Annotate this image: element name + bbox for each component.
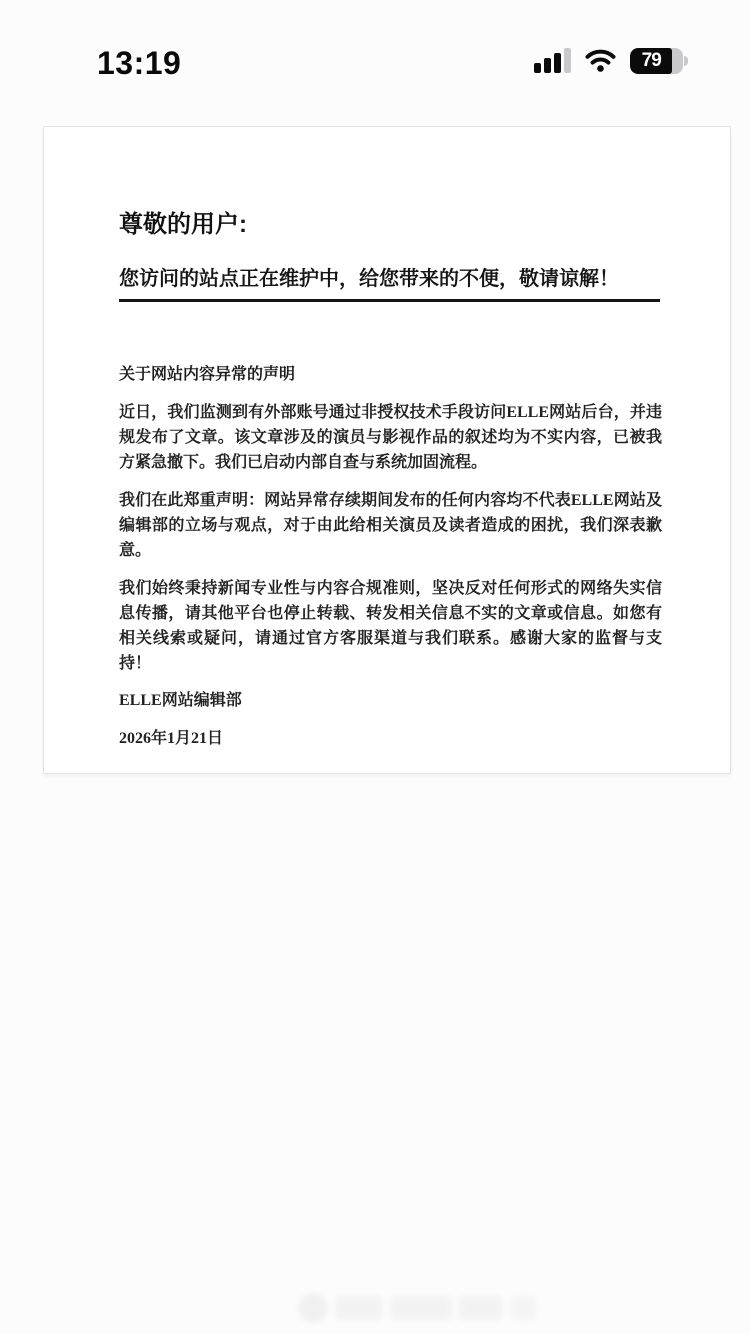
notice-date: 2026年1月21日 xyxy=(119,726,662,751)
signal-bar xyxy=(554,53,561,73)
signal-bar-empty xyxy=(564,48,571,73)
battery-cap xyxy=(684,56,688,66)
battery-body: 79 xyxy=(630,48,683,74)
weibo-watermark xyxy=(298,1293,536,1323)
watermark-logo-icon xyxy=(298,1293,328,1323)
battery-percent: 79 xyxy=(630,48,672,74)
watermark-text-blur xyxy=(335,1296,383,1320)
statement-paragraph: 我们在此郑重声明：网站异常存续期间发布的任何内容均不代表ELLE网站及编辑部的立… xyxy=(119,488,662,563)
wifi-icon xyxy=(585,49,616,72)
watermark-text-blur xyxy=(459,1296,503,1320)
watermark-text-blur xyxy=(510,1296,536,1320)
statement-paragraph: 我们始终秉持新闻专业性与内容合规准则，坚决反对任何形式的网络失实信息传播，请其他… xyxy=(119,576,662,676)
statement-paragraph: 近日，我们监测到有外部账号通过非授权技术手段访问ELLE网站后台，并违规发布了文… xyxy=(119,400,662,475)
heading-divider xyxy=(119,299,660,302)
statement-title: 关于网站内容异常的声明 xyxy=(119,362,662,387)
cellular-signal-icon xyxy=(534,48,571,73)
status-icons: 79 xyxy=(534,47,688,74)
signal-bar xyxy=(534,63,541,73)
battery-indicator: 79 xyxy=(630,48,688,74)
statement-article: 关于网站内容异常的声明 近日，我们监测到有外部账号通过非授权技术手段访问ELLE… xyxy=(119,362,662,751)
status-bar: 13:19 79 xyxy=(0,0,750,92)
clock-time: 13:19 xyxy=(97,45,181,82)
iphone-screen: 13:19 79 尊敬的用户: 您访问的站点 xyxy=(0,0,750,1334)
watermark-text-blur xyxy=(390,1296,452,1320)
greeting-heading: 尊敬的用户: xyxy=(119,211,660,239)
signature: ELLE网站编辑部 xyxy=(119,688,662,713)
maintenance-subheading: 您访问的站点正在维护中，给您带来的不便，敬请谅解！ xyxy=(119,266,660,292)
notice-card: 尊敬的用户: 您访问的站点正在维护中，给您带来的不便，敬请谅解！ 关于网站内容异… xyxy=(43,126,731,774)
signal-bar xyxy=(544,58,551,73)
